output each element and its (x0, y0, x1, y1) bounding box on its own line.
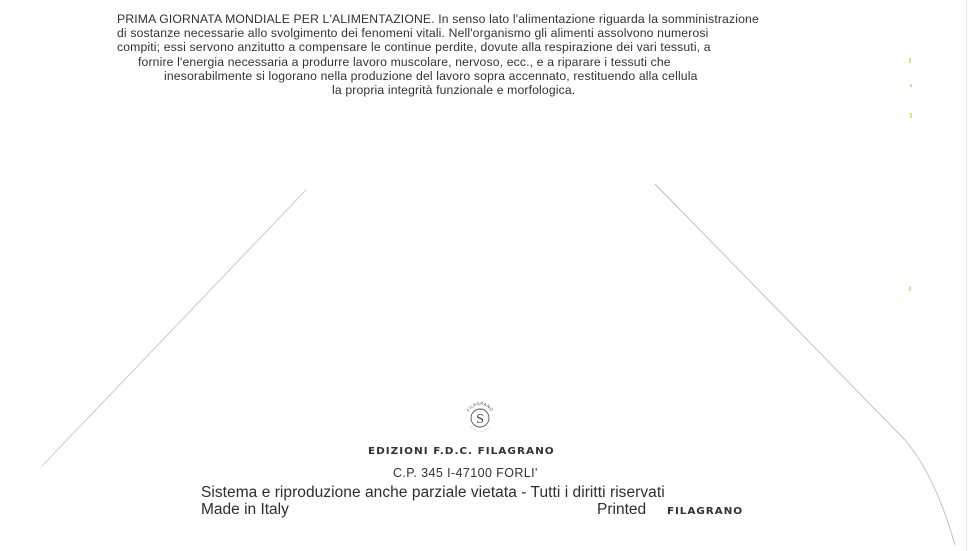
filagrano-seal-icon: S FILAGRANO (461, 398, 499, 436)
intro-line: compiti; essi servono anzitutto a compen… (117, 40, 920, 54)
envelope-back: PRIMA GIORNATA MONDIALE PER L'ALIMENTAZI… (0, 0, 970, 551)
printed-label: Printed (597, 501, 646, 519)
seal-letter: S (476, 412, 484, 427)
publisher-address: C.P. 345 I-47100 FORLI' (393, 466, 538, 480)
intro-line: fornire l'energia necessaria a produrre … (138, 55, 920, 69)
intro-text: PRIMA GIORNATA MONDIALE PER L'ALIMENTAZI… (100, 12, 920, 97)
intro-line: di sostanze necessarie allo svolgimento … (117, 26, 920, 40)
intro-line: la propria integrità funzionale e morfol… (332, 83, 920, 97)
publisher-name: EDIZIONI F.D.C. FILAGRANO (368, 446, 610, 457)
seal-ring-text: FILAGRANO (466, 401, 495, 413)
made-in-label: Made in Italy (201, 501, 289, 519)
printer-name: FILAGRANO (667, 506, 743, 517)
rights-notice: Sistema e riproduzione anche parziale vi… (201, 484, 665, 502)
left-fold-line (42, 190, 306, 466)
right-fold-line (655, 184, 955, 545)
svg-text:FILAGRANO: FILAGRANO (466, 401, 495, 413)
intro-line: PRIMA GIORNATA MONDIALE PER L'ALIMENTAZI… (117, 12, 920, 26)
intro-line: inesorabilmente si logorano nella produz… (164, 69, 920, 83)
